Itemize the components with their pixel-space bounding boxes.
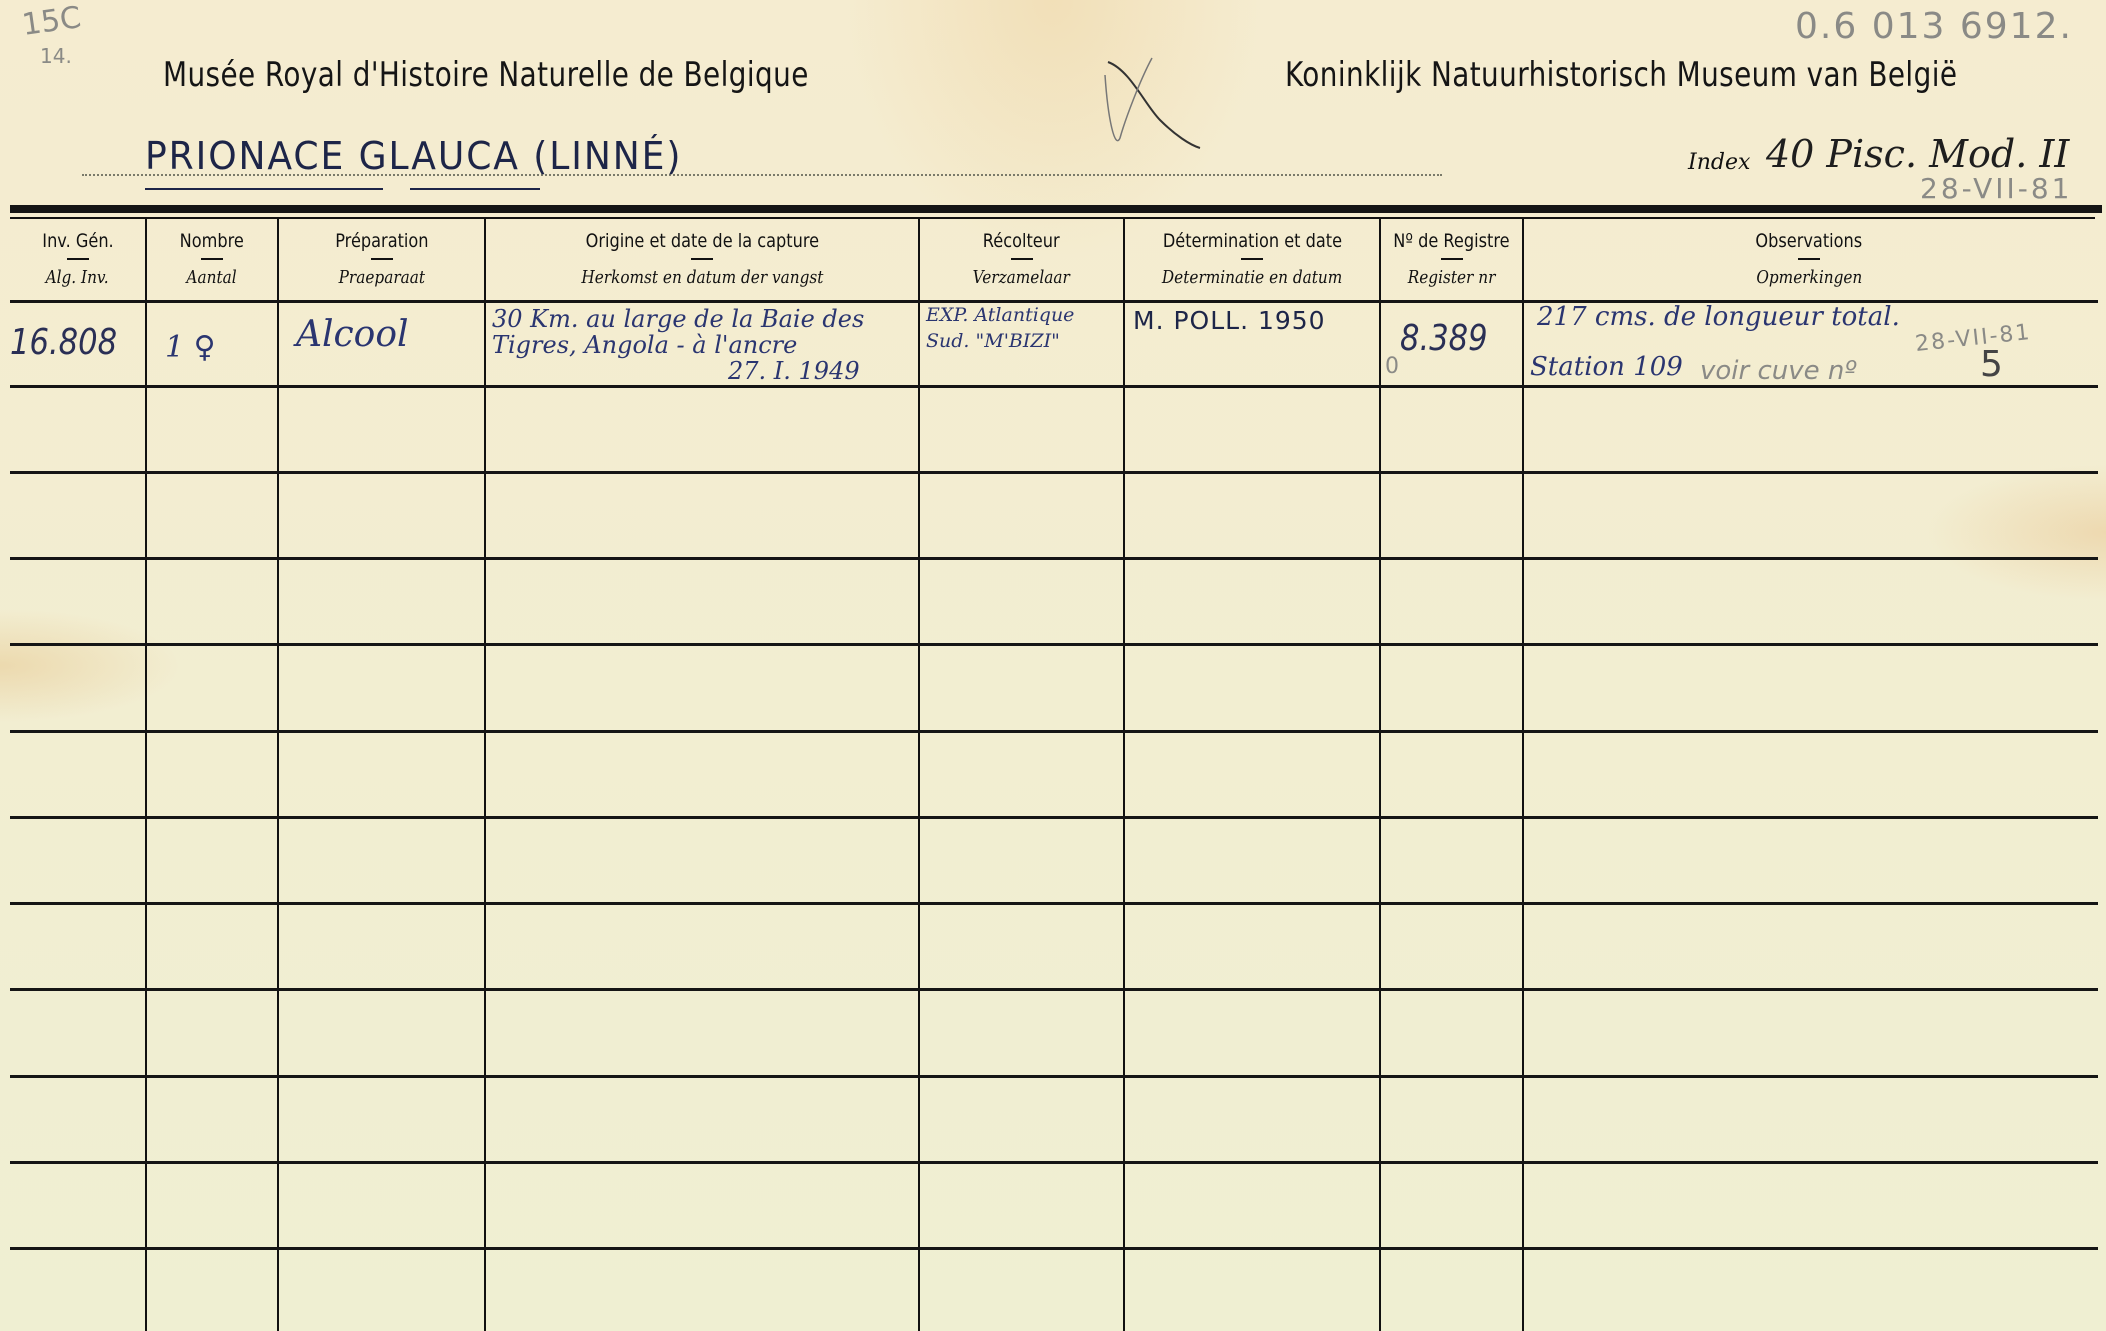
- header-label-fr: Détermination et date: [1162, 230, 1341, 252]
- species-underline-genus: [145, 188, 383, 190]
- column-header-inventory: Inv. Gén. Alg. Inv.: [10, 218, 145, 300]
- row-line: [10, 471, 2098, 474]
- column-header-origin: Origine et date de la capture Herkomst e…: [486, 218, 918, 300]
- header-label-nl: Aantal: [187, 267, 237, 288]
- column-header-observations: Observations Opmerkingen: [1524, 218, 2094, 300]
- header-dash: [201, 258, 223, 260]
- header-label-nl: Herkomst en datum der vangst: [581, 267, 823, 288]
- cell-observation-pencil-date: 28-VII-81: [1914, 320, 2033, 357]
- cell-register-prefix: 0: [1385, 354, 1399, 379]
- row-line: [10, 1075, 2098, 1078]
- header-dash: [67, 258, 89, 260]
- cell-inventory[interactable]: 16.808: [10, 322, 117, 363]
- header-dash: [1011, 258, 1033, 260]
- cell-observation-pencil-number: 5: [1980, 344, 2003, 385]
- corner-note-top: 15C: [20, 0, 83, 43]
- column-header-collector: Récolteur Verzamelaar: [920, 218, 1123, 300]
- index-date: 28-VII-81: [1920, 172, 2073, 205]
- row-line: [10, 816, 2098, 819]
- header-label-nl: Determinatie en datum: [1162, 267, 1342, 288]
- table-top-heavy-rule: [10, 205, 2102, 213]
- museum-title-french: Musée Royal d'Histoire Naturelle de Belg…: [163, 55, 809, 95]
- species-name[interactable]: PRIONACE GLAUCA (LINNÉ): [145, 134, 682, 178]
- header-label-fr: Nombre: [180, 230, 244, 252]
- index-value[interactable]: 40 Pisc. Mod. II: [1766, 132, 2069, 176]
- row-line: [10, 730, 2098, 733]
- header-label-nl: Verzamelaar: [973, 267, 1070, 288]
- header-label-nl: Register nr: [1408, 267, 1496, 288]
- cell-collector-line2[interactable]: Sud. "M'BIZI": [926, 328, 1060, 354]
- header-label-fr: Observations: [1756, 230, 1863, 252]
- cell-collector-line1[interactable]: EXP. Atlantique: [926, 302, 1074, 328]
- header-dash: [1798, 258, 1820, 260]
- row-line: [10, 1161, 2098, 1164]
- museum-title-dutch: Koninklijk Natuurhistorisch Museum van B…: [1285, 55, 1957, 95]
- cell-register[interactable]: 8.389: [1400, 318, 1488, 359]
- header-label-nl: Alg. Inv.: [46, 267, 109, 288]
- column-header-count: Nombre Aantal: [147, 218, 277, 300]
- header-label-fr: Nº de Registre: [1393, 230, 1509, 252]
- row-line: [10, 902, 2098, 905]
- header-label-fr: Récolteur: [983, 230, 1060, 252]
- header-dash: [691, 258, 713, 260]
- catalog-number: 0.6 013 6912.: [1795, 6, 2073, 47]
- header-label-fr: Inv. Gén.: [42, 230, 113, 252]
- header-label-fr: Origine et date de la capture: [585, 230, 818, 252]
- species-underline-epithet: [410, 188, 540, 190]
- column-header-preparation: Préparation Praeparaat: [279, 218, 484, 300]
- header-dash: [371, 258, 393, 260]
- cell-origin-date[interactable]: 27. I. 1949: [728, 356, 860, 386]
- header-dash: [1241, 258, 1263, 260]
- row-line: [10, 643, 2098, 646]
- header-label-fr: Préparation: [335, 230, 428, 252]
- cell-preparation[interactable]: Alcool: [296, 314, 409, 355]
- row-line: [10, 557, 2098, 560]
- cell-determination[interactable]: M. POLL. 1950: [1133, 306, 1326, 335]
- column-header-register: Nº de Registre Register nr: [1381, 218, 1522, 300]
- cross-mark-icon: [1090, 50, 1210, 150]
- cell-observation-line1[interactable]: 217 cms. de longueur total.: [1537, 302, 1900, 332]
- header-label-nl: Praeparaat: [338, 267, 424, 288]
- cell-observation-line2[interactable]: Station 109: [1530, 352, 1683, 382]
- index-label: Index: [1688, 150, 1750, 175]
- cell-count[interactable]: 1 ♀: [165, 330, 216, 365]
- column-header-determination: Détermination et date Determinatie en da…: [1125, 218, 1379, 300]
- row-line: [10, 988, 2098, 991]
- header-dash: [1441, 258, 1463, 260]
- corner-note-bottom: 14.: [40, 44, 72, 68]
- row-line: [10, 1247, 2098, 1250]
- cell-observation-pencil: voir cuve nº: [1700, 356, 1857, 386]
- header-label-nl: Opmerkingen: [1756, 267, 1862, 288]
